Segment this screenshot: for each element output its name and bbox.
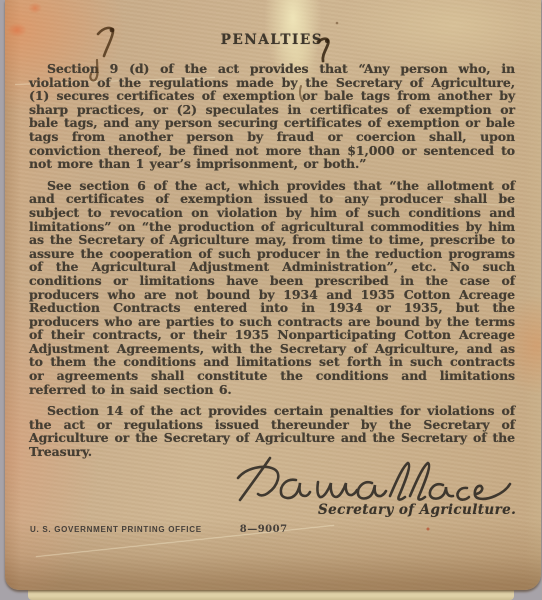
document-body: PENALTIES Section 9 (d) of the act provi… [5, 0, 541, 459]
footer-imprint: U. S. GOVERNMENT PRINTING OFFICE 8—9007 [30, 524, 288, 535]
form-number: 8—9007 [240, 524, 288, 535]
signature-title: Secretary of Agriculture. [318, 502, 516, 518]
document-card: PENALTIES Section 9 (d) of the act provi… [5, 0, 541, 590]
printing-office-imprint: U. S. GOVERNMENT PRINTING OFFICE [30, 525, 202, 534]
paragraph-section-9d: Section 9 (d) of the act provides that “… [29, 62, 515, 171]
paragraph-section-6: See section 6 of the act, which provides… [29, 179, 515, 397]
paragraph-section-14: Section 14 of the act provides certain p… [29, 404, 515, 458]
scanned-document-page: { "document": { "title": "PENALTIES", "p… [0, 0, 542, 600]
document-title: PENALTIES [29, 32, 515, 48]
